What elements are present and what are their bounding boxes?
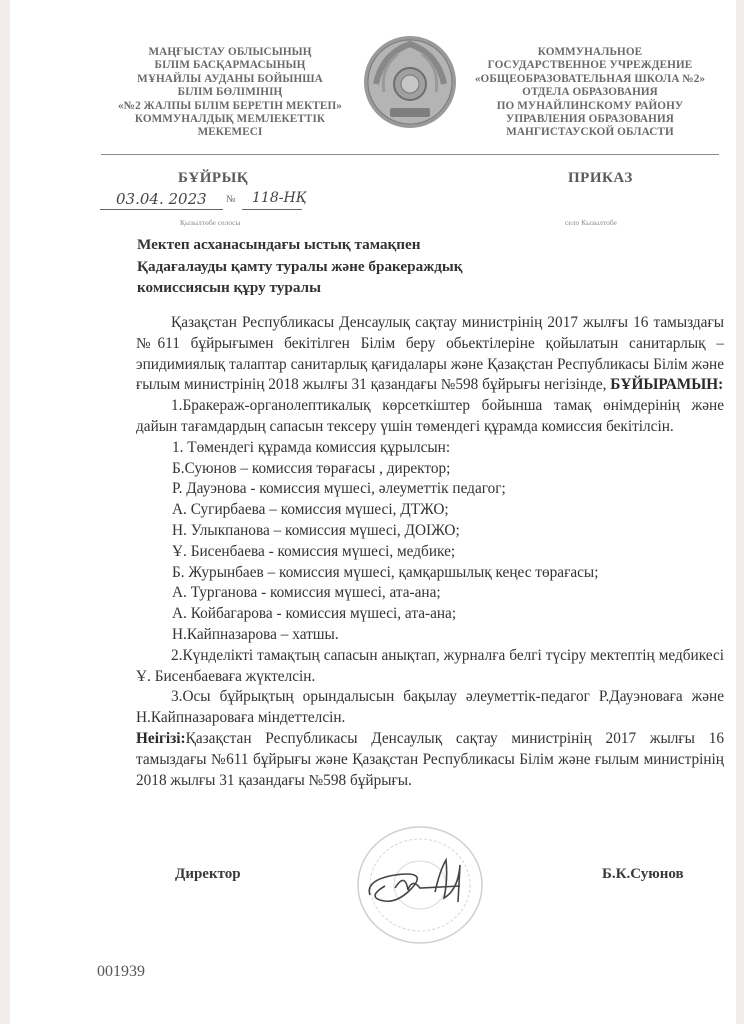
list-item: Ұ. Бисенбаева - комиссия мүшесі, медбике… [172, 542, 724, 563]
header-kz-line: «№2 ЖАЛПЫ БІЛІМ БЕРЕТІН МЕКТЕП» [110, 100, 350, 113]
date-underline [100, 209, 223, 210]
header-kazakh: МАҢҒЫСТАУ ОБЛЫСЫНЫҢ БІЛІМ БАСҚАРМАСЫНЫҢ … [110, 46, 350, 140]
list-item: Р. Дауэнова - комиссия мүшесі, әлеуметті… [172, 479, 724, 500]
subject-line: комиссиясын құру туралы [137, 277, 463, 299]
subject-line: Қадағалауды қамту туралы және бракеражды… [137, 256, 463, 278]
header-ru-line: ОТДЕЛА ОБРАЗОВАНИЯ [470, 86, 710, 99]
header-ru-line: КОММУНАЛЬНОЕ [470, 46, 710, 59]
item-3: 3.Осы бұйрықтың орындалысын бақылау әлеу… [136, 687, 724, 729]
list-item: Н. Улыкпанова – комиссия мүшесі, ДОІЖО; [172, 521, 724, 542]
header-ru-line: «ОБЩЕОБРАЗОВАТЕЛЬНАЯ ШКОЛА №2» [470, 73, 710, 86]
list-item: Б. Журынбаев – комиссия мүшесі, қамқаршы… [172, 563, 724, 584]
signatory-role: Директор [175, 866, 241, 883]
subject-line: Мектеп асханасындағы ыстық тамақпен [137, 234, 463, 256]
list-item: А. Турганова - комиссия мүшесі, ата-ана; [172, 583, 724, 604]
header-ru-line: ПО МУНАЙЛИНСКОМУ РАЙОНУ [470, 100, 710, 113]
preamble-paragraph: Қазақстан Республикасы Денсаулық сақтау … [136, 313, 724, 396]
header-kz-line: КОММУНАЛДЫҚ МЕМЛЕКЕТТІК [110, 113, 350, 126]
handwritten-signature-icon [369, 860, 460, 902]
order-word: БҰЙЫРАМЫН: [610, 376, 723, 393]
village-ru: село Кызылтобе [565, 218, 617, 227]
header-kz-line: МЕКЕМЕСІ [110, 126, 350, 139]
scan-edge-left [0, 0, 10, 1024]
header-ru-line: МАНГИСТАУСКОЙ ОБЛАСТИ [470, 126, 710, 139]
signatory-name: Б.К.Суюнов [602, 866, 684, 883]
stamp-signature [340, 820, 500, 950]
list-item: Б.Суюнов – комиссия төрағасы , директор; [172, 459, 724, 480]
order-date: 03.04. 2023 [116, 190, 207, 208]
item-1: 1.Бракераж-органолептикалық көрсеткіштер… [136, 396, 724, 438]
list-item: А. Койбагарова - комиссия мүшесі, ата-ан… [172, 604, 724, 625]
header-russian: КОММУНАЛЬНОЕ ГОСУДАРСТВЕННОЕ УЧРЕЖДЕНИЕ … [470, 46, 710, 140]
basis-text: Қазақстан Республикасы Денсаулық сақтау … [136, 730, 724, 789]
list-heading: 1. Төмендегі құрамда комиссия құрылсын: [172, 438, 724, 459]
header-divider [101, 154, 719, 155]
number-sign: № [226, 194, 236, 205]
basis-label: Неігізі: [136, 730, 186, 747]
header-kz-line: БІЛІМ БӨЛІМІНІҢ [110, 86, 350, 99]
header-kz-line: МАҢҒЫСТАУ ОБЛЫСЫНЫҢ [110, 46, 350, 59]
serial-number: 001939 [97, 963, 145, 981]
scan-edge-right [736, 0, 744, 1024]
order-subject: Мектеп асханасындағы ыстық тамақпен Қада… [137, 234, 463, 299]
basis-paragraph: Неігізі:Қазақстан Республикасы Денсаулық… [136, 729, 724, 791]
order-date-number: 03.04. 2023 № 118-НҚ [100, 190, 330, 212]
header-ru-line: УПРАВЛЕНИЯ ОБРАЗОВАНИЯ [470, 113, 710, 126]
header-ru-line: ГОСУДАРСТВЕННОЕ УЧРЕЖДЕНИЕ [470, 59, 710, 72]
header-kz-line: БІЛІМ БАСҚАРМАСЫНЫҢ [110, 59, 350, 72]
village-kz: Қызылтөбе селосы [180, 218, 241, 227]
header-kz-line: МҰНАЙЛЫ АУДАНЫ БОЙЫНША [110, 73, 350, 86]
number-underline [242, 209, 302, 210]
list-item: А. Сугирбаева – комиссия мүшесі, ДТЖО; [172, 500, 724, 521]
item-2: 2.Күнделікті тамақтың сапасын анықтап, ж… [136, 646, 724, 688]
order-title-ru: ПРИКАЗ [568, 170, 633, 187]
order-body: Қазақстан Республикасы Денсаулық сақтау … [136, 313, 724, 791]
state-emblem-icon [362, 34, 458, 130]
list-item: Н.Кайпназарова – хатшы. [172, 625, 724, 646]
members-list: 1. Төмендегі құрамда комиссия құрылсын: … [136, 438, 724, 646]
round-seal-stamp-icon [340, 820, 500, 950]
order-title-kz: БҰЙРЫҚ [178, 170, 248, 187]
order-number: 118-НҚ [252, 190, 307, 206]
